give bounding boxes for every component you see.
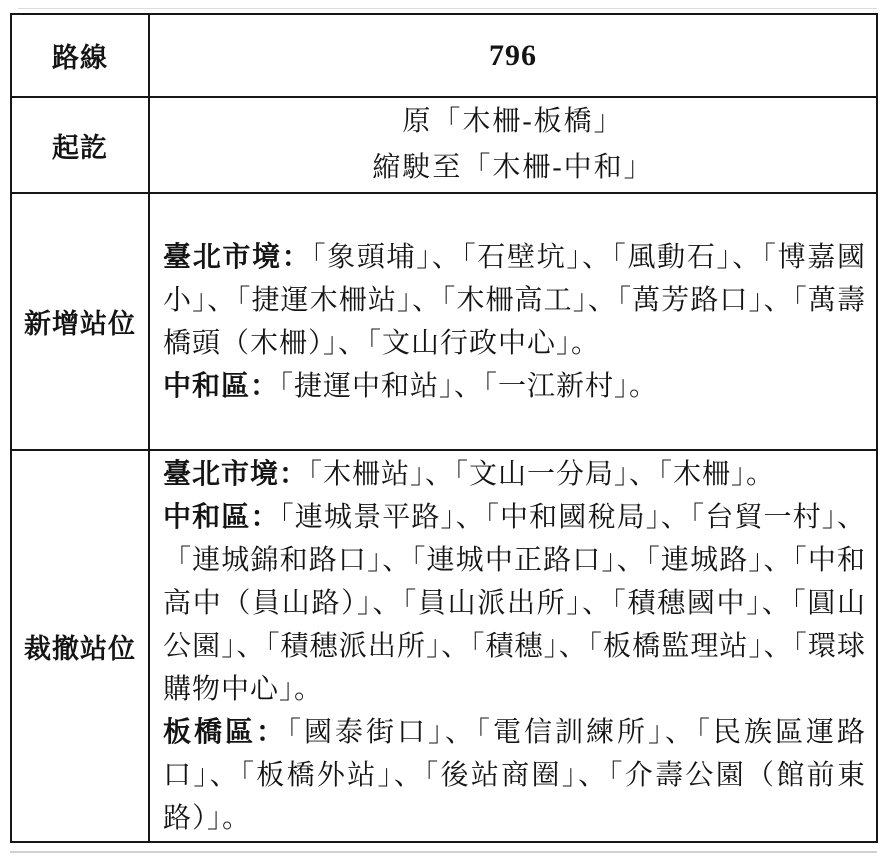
table-row-added-stops: 新增站位 臺北市境：「象頭埔」、「石壁坑」、「風動石」、「博嘉國小」、「捷運木柵… (12, 192, 876, 449)
region-name-taipei: 臺北市境： (163, 459, 308, 490)
table-row-route: 路線 796 (12, 15, 876, 96)
row-label-added-stops: 新增站位 (12, 194, 150, 449)
origin-destination-cell: 原「木柵-板橋」 縮駛至「木柵-中和」 (150, 98, 876, 192)
route-cell: 796 (150, 15, 876, 96)
bus-route-change-table: 路線 796 起訖 原「木柵-板橋」 縮駛至「木柵-中和」 新增站位 臺北市境：… (10, 13, 878, 843)
region-name-zhonghe: 中和區： (163, 371, 279, 402)
region-name-banqiao: 板橋區： (163, 717, 287, 748)
table-row-removed-stops: 裁撤站位 臺北市境：「木柵站」、「文山一分局」、「木柵」。 中和區：「連城景平路… (12, 449, 876, 841)
region-name-zhonghe: 中和區： (163, 502, 280, 533)
region-paragraph-taipei-added: 臺北市境：「象頭埔」、「石壁坑」、「風動石」、「博嘉國小」、「捷運木柵站」、「木… (163, 236, 866, 365)
origin-destination-shortened: 縮駛至「木柵-中和」 (372, 145, 653, 191)
region-paragraph-taipei-removed: 臺北市境：「木柵站」、「文山一分局」、「木柵」。 (163, 453, 866, 496)
stop-list-zhonghe-added: 「捷運中和站」、「一江新村」。 (279, 371, 658, 402)
row-label-origin-destination: 起訖 (12, 98, 150, 192)
region-paragraph-zhonghe-added: 中和區：「捷運中和站」、「一江新村」。 (163, 365, 866, 408)
table-row-origin-destination: 起訖 原「木柵-板橋」 縮駛至「木柵-中和」 (12, 96, 876, 192)
region-paragraph-zhonghe-removed: 中和區：「連城景平路」、「中和國稅局」、「台貿一村」、「連城錦和路口」、「連城中… (163, 496, 866, 711)
route-number: 796 (489, 39, 537, 73)
removed-stops-cell: 臺北市境：「木柵站」、「文山一分局」、「木柵」。 中和區：「連城景平路」、「中和… (150, 451, 876, 841)
row-label-route: 路線 (12, 15, 150, 96)
added-stops-paragraphs: 臺北市境：「象頭埔」、「石壁坑」、「風動石」、「博嘉國小」、「捷運木柵站」、「木… (150, 236, 876, 408)
scan-artifact-line-bottom (10, 851, 877, 853)
added-stops-cell: 臺北市境：「象頭埔」、「石壁坑」、「風動石」、「博嘉國小」、「捷運木柵站」、「木… (150, 194, 876, 449)
region-paragraph-banqiao-removed: 板橋區：「國泰街口」、「電信訓練所」、「民族區運路口」、「板橋外站」、「後站商圈… (163, 711, 866, 840)
region-name-taipei: 臺北市境： (163, 242, 311, 273)
removed-stops-paragraphs: 臺北市境：「木柵站」、「文山一分局」、「木柵」。 中和區：「連城景平路」、「中和… (150, 453, 876, 840)
scan-artifact-line-top (18, 8, 877, 9)
stop-list-taipei-removed: 「木柵站」、「文山一分局」、「木柵」。 (308, 459, 775, 490)
row-label-removed-stops: 裁撤站位 (12, 451, 150, 841)
origin-destination-original: 原「木柵-板橋」 (402, 99, 623, 145)
scanned-document-page: 路線 796 起訖 原「木柵-板橋」 縮駛至「木柵-中和」 新增站位 臺北市境：… (0, 0, 893, 858)
